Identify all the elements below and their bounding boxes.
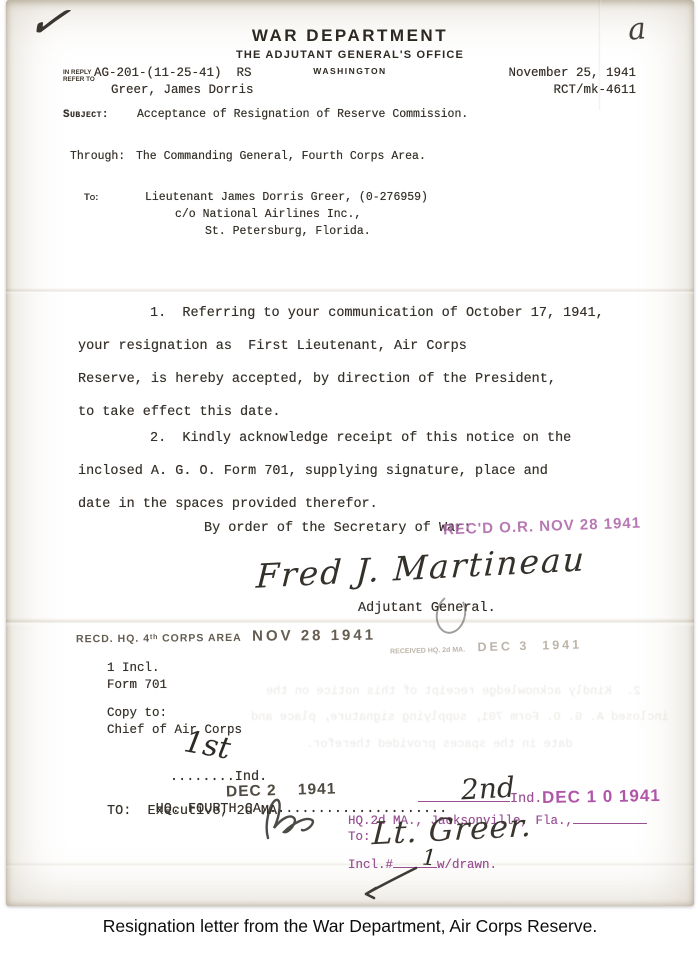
- lt-greer-handwriting: Lt. Greer.: [371, 808, 533, 853]
- second-endorsement-ind-blank: [418, 790, 510, 802]
- subject-label: Subject:: [63, 109, 109, 121]
- para1-line4: to take effect this date.: [78, 405, 281, 420]
- enclosure-count: 1 Incl.: [107, 661, 160, 675]
- figure-caption: Resignation letter from the War Departme…: [0, 916, 700, 937]
- faint-received-stamp-date: DEC 3 1941: [477, 637, 582, 654]
- para1-line1: 1. Referring to your communication of Oc…: [150, 306, 604, 321]
- second-endorsement-ind-label: Ind.: [510, 792, 542, 807]
- in-reply-line2: REFER TO: [63, 76, 95, 83]
- through-text: The Commanding General, Fourth Corps Are…: [136, 150, 426, 163]
- letter-date: November 25, 1941: [508, 66, 636, 80]
- handwritten-check-arrow: [352, 862, 422, 904]
- bleed-through-text: date in the spaces provided therefor.: [306, 737, 572, 751]
- to-address-line3: St. Petersburg, Florida.: [205, 225, 371, 238]
- enclosure-form: Form 701: [107, 678, 167, 692]
- faint-received-stamp: RECEIVED HQ. 2d MA. DEC 3 1941: [390, 635, 583, 658]
- letter-paper: ✓ a WAR DEPARTMENT THE ADJUTANT GENERAL'…: [6, 0, 694, 906]
- copy-to-label: Copy to:: [107, 706, 167, 720]
- fold-crease-lower: [6, 618, 694, 627]
- recd-or-stamp: REC'D O.R. NOV 28 1941: [443, 515, 642, 539]
- file-number: AG-201-(11-25-41) RS: [94, 66, 252, 80]
- letterhead-title: WAR DEPARTMENT: [6, 26, 694, 46]
- para2-line2: inclosed A. G. O. Form 701, supplying si…: [78, 464, 548, 479]
- second-endorsement-ind-line: Ind.: [418, 789, 542, 807]
- handwritten-initials-mark: [254, 794, 326, 844]
- para1-line2: your resignation as First Lieutenant, Ai…: [78, 339, 467, 354]
- second-endorsement-hq-blank: [573, 812, 647, 824]
- first-endorsement-to-line: TO: Executive, 2d MA: [107, 804, 277, 819]
- signature-handwriting: Fred J. Martineau: [255, 539, 587, 595]
- second-endorsement-to-label: To:: [348, 830, 371, 844]
- first-endorsement-ordinal: 1st: [181, 724, 233, 767]
- faint-received-stamp-label: RECEIVED HQ. 2d MA.: [390, 647, 465, 656]
- to-address-line2: c/o National Airlines Inc.,: [175, 208, 361, 221]
- signature-title: Adjutant General.: [358, 601, 496, 616]
- bleed-through-text: inclosed A. G. O. Form 701, supplying si…: [251, 710, 669, 724]
- handwritten-loop-mark: [432, 591, 470, 636]
- bleed-through-text: 2. Kindly acknowledge receipt of this no…: [266, 684, 640, 698]
- incl-suffix: w/drawn.: [437, 858, 497, 872]
- to-label: To:: [84, 192, 98, 203]
- in-reply-refer-to: IN REPLY REFER TO: [63, 69, 95, 83]
- dec10-date-stamp: DEC 1 0 1941: [542, 786, 661, 808]
- subject-text: Acceptance of Resignation of Reserve Com…: [137, 108, 468, 121]
- para2-line3: date in the spaces provided therefor.: [78, 497, 378, 512]
- by-order-line: By order of the Secretary of War:: [204, 521, 471, 536]
- para2-line1: 2. Kindly acknowledge receipt of this no…: [150, 431, 571, 446]
- para1-line3: Reserve, is hereby accepted, by directio…: [78, 372, 556, 387]
- letterhead-office: THE ADJUTANT GENERAL'S OFFICE: [6, 49, 694, 61]
- through-label: Through:: [70, 150, 125, 163]
- handwritten-incl-number: 1: [421, 846, 437, 872]
- scanned-document-page: ✓ a WAR DEPARTMENT THE ADJUTANT GENERAL'…: [0, 0, 700, 955]
- reference-name: Greer, James Dorris: [111, 83, 254, 97]
- recd-hq4-stamp-label: RECD. HQ. 4ᵗʰ CORPS AREA: [76, 632, 242, 645]
- clerk-code: RCT/mk-4611: [553, 83, 636, 97]
- recd-hq4-stamp: RECD. HQ. 4ᵗʰ CORPS AREA NOV 28 1941: [76, 627, 376, 648]
- recd-hq4-stamp-date: NOV 28 1941: [252, 627, 376, 645]
- to-address-line1: Lieutenant James Dorris Greer, (0-276959…: [145, 191, 428, 204]
- in-reply-line1: IN REPLY: [63, 69, 95, 76]
- fold-crease-upper: [6, 288, 694, 295]
